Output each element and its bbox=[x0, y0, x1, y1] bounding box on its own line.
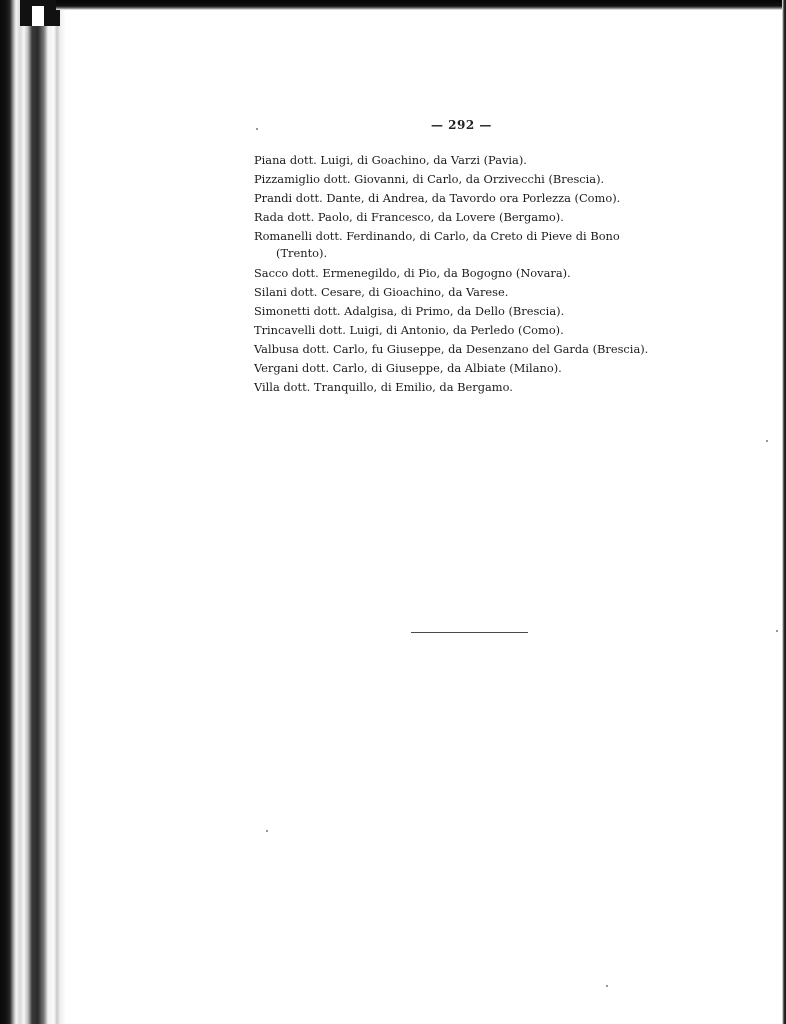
entry-continuation: (Trento). bbox=[254, 246, 694, 260]
entry-text: Pizzamiglio dott. Giovanni, di Carlo, da… bbox=[254, 172, 604, 186]
scan-speck bbox=[266, 830, 268, 832]
entry-text: Trincavelli dott. Luigi, di Antonio, da … bbox=[254, 323, 564, 337]
entry-text: Vergani dott. Carlo, di Giuseppe, da Alb… bbox=[254, 361, 562, 375]
scan-speck bbox=[606, 985, 608, 987]
list-item: Sacco dott. Ermenegildo, di Pio, da Bogo… bbox=[254, 264, 694, 283]
list-item: Vergani dott. Carlo, di Giuseppe, da Alb… bbox=[254, 359, 694, 378]
scan-speck bbox=[766, 440, 768, 442]
page-number: — 292 — bbox=[431, 118, 551, 132]
list-item: Romanelli dott. Ferdinando, di Carlo, da… bbox=[254, 227, 694, 260]
list-item: Simonetti dott. Adalgisa, di Primo, da D… bbox=[254, 302, 694, 321]
scan-binding-edge bbox=[0, 0, 66, 1024]
scan-speck bbox=[776, 630, 778, 632]
list-item: Villa dott. Tranquillo, di Emilio, da Be… bbox=[254, 378, 694, 397]
list-item: Silani dott. Cesare, di Gioachino, da Va… bbox=[254, 283, 694, 302]
end-divider bbox=[411, 632, 528, 633]
entry-text: Valbusa dott. Carlo, fu Giuseppe, da Des… bbox=[254, 342, 648, 356]
entry-text: Romanelli dott. Ferdinando, di Carlo, da… bbox=[254, 229, 620, 243]
list-item: Valbusa dott. Carlo, fu Giuseppe, da Des… bbox=[254, 340, 694, 359]
entry-text: Simonetti dott. Adalgisa, di Primo, da D… bbox=[254, 304, 564, 318]
name-list: Piana dott. Luigi, di Goachino, da Varzi… bbox=[254, 151, 694, 397]
list-item: Trincavelli dott. Luigi, di Antonio, da … bbox=[254, 321, 694, 340]
list-item: Piana dott. Luigi, di Goachino, da Varzi… bbox=[254, 151, 694, 170]
list-item: Pizzamiglio dott. Giovanni, di Carlo, da… bbox=[254, 170, 694, 189]
scan-right-edge bbox=[782, 0, 786, 1024]
entry-text: Villa dott. Tranquillo, di Emilio, da Be… bbox=[254, 380, 513, 394]
entry-text: Rada dott. Paolo, di Francesco, da Lover… bbox=[254, 210, 564, 224]
document-page: — 292 — Piana dott. Luigi, di Goachino, … bbox=[66, 10, 782, 1024]
scan-binding-notch bbox=[20, 0, 60, 26]
list-item: Rada dott. Paolo, di Francesco, da Lover… bbox=[254, 208, 694, 227]
entry-text: Silani dott. Cesare, di Gioachino, da Va… bbox=[254, 285, 508, 299]
entry-text: Prandi dott. Dante, di Andrea, da Tavord… bbox=[254, 191, 620, 205]
entry-text: Piana dott. Luigi, di Goachino, da Varzi… bbox=[254, 153, 527, 167]
scan-speck bbox=[256, 128, 258, 130]
list-item: Prandi dott. Dante, di Andrea, da Tavord… bbox=[254, 189, 694, 208]
scan-top-edge bbox=[56, 0, 786, 10]
entry-text: Sacco dott. Ermenegildo, di Pio, da Bogo… bbox=[254, 266, 571, 280]
